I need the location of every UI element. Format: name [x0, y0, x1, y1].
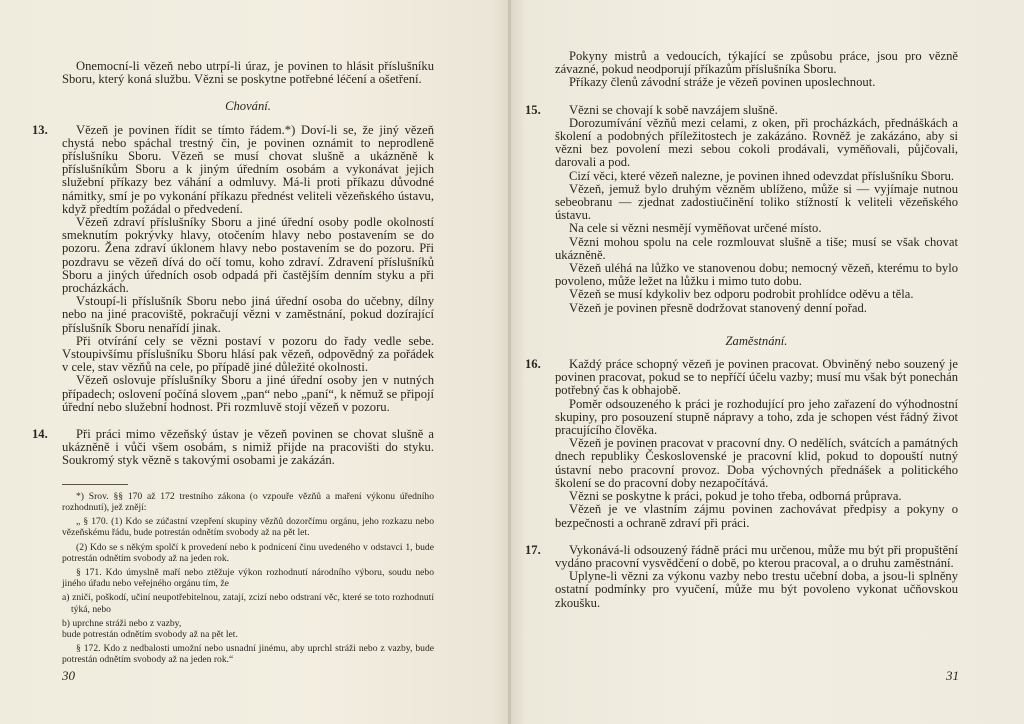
section-14: 14. Při práci mimo vězeňský ústav je věz… [62, 428, 434, 468]
footnote-intro: *) Srov. §§ 170 až 172 trestního zákona … [62, 491, 434, 513]
paragraph: Vykonává-li odsouzený řádně práci mu urč… [555, 544, 958, 570]
paragraph: Vězeň oslovuje příslušníky Sboru a jiné … [62, 374, 434, 414]
section-number: 17. [525, 544, 541, 557]
section-15: 15. Vězni se chovají k sobě navzájem slu… [555, 104, 958, 315]
footnote-170-2: (2) Kdo se s někým spolčí k provedení ne… [62, 542, 434, 564]
section-heading-chovani: Chování. [62, 100, 434, 113]
left-page-body: Onemocní-li vězeň nebo utrpí-li úraz, je… [62, 60, 434, 669]
footnote-170-1: „ § 170. (1) Kdo se zúčastní vzepření sk… [62, 516, 434, 538]
paragraph: Vězni se chovají k sobě navzájem slušně. [555, 104, 958, 117]
section-13: 13. Vězeň je povinen řídit se tímto řáde… [62, 124, 434, 414]
book-spread: Onemocní-li vězeň nebo utrpí-li úraz, je… [0, 0, 1024, 724]
paragraph: Na cele si vězni nesmějí vyměňovat určen… [555, 222, 958, 235]
paragraph: Uplyne-li vězni za výkonu vazby nebo tre… [555, 570, 958, 610]
paragraph: Vězeň zdraví příslušníky Sboru a jiné úř… [62, 216, 434, 295]
paragraph: Dorozumívání vězňů mezi celami, z oken, … [555, 117, 958, 170]
paragraph: Poměr odsouzeného k práci je rozhodující… [555, 398, 958, 438]
right-page-body: Pokyny mistrů a vedoucích, týkající se z… [555, 50, 958, 610]
section-heading-zamestnani: Zaměstnání. [555, 335, 958, 348]
section-number: 16. [525, 358, 541, 371]
section-17: 17. Vykonává-li odsouzený řádně práci mu… [555, 544, 958, 610]
footnote: *) Srov. §§ 170 až 172 trestního zákona … [62, 491, 434, 666]
section-number: 15. [525, 104, 541, 117]
section-16: 16. Každý práce schopný vězeň je povinen… [555, 358, 958, 530]
footnote-171: § 171. Kdo úmyslně maří nebo ztěžuje výk… [62, 567, 434, 589]
section-number: 13. [32, 124, 48, 137]
paragraph: Vstoupí-li příslušník Sboru nebo jiná úř… [62, 295, 434, 335]
left-page: Onemocní-li vězeň nebo utrpí-li úraz, je… [0, 0, 509, 724]
paragraph: Vězeň uléhá na lůžko ve stanovenou dobu;… [555, 262, 958, 288]
paragraph: Vězeň je povinen řídit se tímto řádem.*)… [62, 124, 434, 216]
footnote-171-b: b) uprchne stráži nebo z vazby, [62, 618, 434, 629]
footnote-171-a: a) zničí, poškodí, učiní neupotřebitelno… [62, 592, 434, 614]
page-number: 31 [946, 668, 959, 684]
intro-paragraph: Pokyny mistrů a vedoucích, týkající se z… [555, 50, 958, 76]
section-number: 14. [32, 428, 48, 441]
paragraph: Vězeň je povinen přesně dodržovat stanov… [555, 302, 958, 315]
paragraph: Každý práce schopný vězeň je povinen pra… [555, 358, 958, 398]
paragraph: Vězeň se musí kdykoliv bez odporu podrob… [555, 288, 958, 301]
intro-paragraph: Příkazy členů závodní stráže je vězeň po… [555, 76, 958, 89]
paragraph: Vězeň je ve vlastním zájmu povinen zacho… [555, 503, 958, 529]
footnote-171-end: bude potrestán odnětím svobody až na pět… [62, 629, 434, 640]
paragraph: Při otvírání cely se vězni postaví v poz… [62, 335, 434, 375]
paragraph: Vězeň je povinen pracovat v pracovní dny… [555, 437, 958, 490]
paragraph: Při práci mimo vězeňský ústav je vězeň p… [62, 428, 434, 468]
page-number: 30 [62, 668, 75, 684]
right-page: Pokyny mistrů a vedoucích, týkající se z… [511, 0, 1024, 724]
paragraph: Cizí věci, které vězeň nalezne, je povin… [555, 170, 958, 183]
paragraph: Vězni mohou spolu na cele rozmlouvat slu… [555, 236, 958, 262]
footnote-172: § 172. Kdo z nedbalosti umožní nebo usna… [62, 643, 434, 665]
paragraph: Vězeň, jemuž bylo druhým vězněm ublíženo… [555, 183, 958, 223]
footnote-divider [62, 484, 128, 485]
intro-paragraph: Onemocní-li vězeň nebo utrpí-li úraz, je… [62, 60, 434, 86]
